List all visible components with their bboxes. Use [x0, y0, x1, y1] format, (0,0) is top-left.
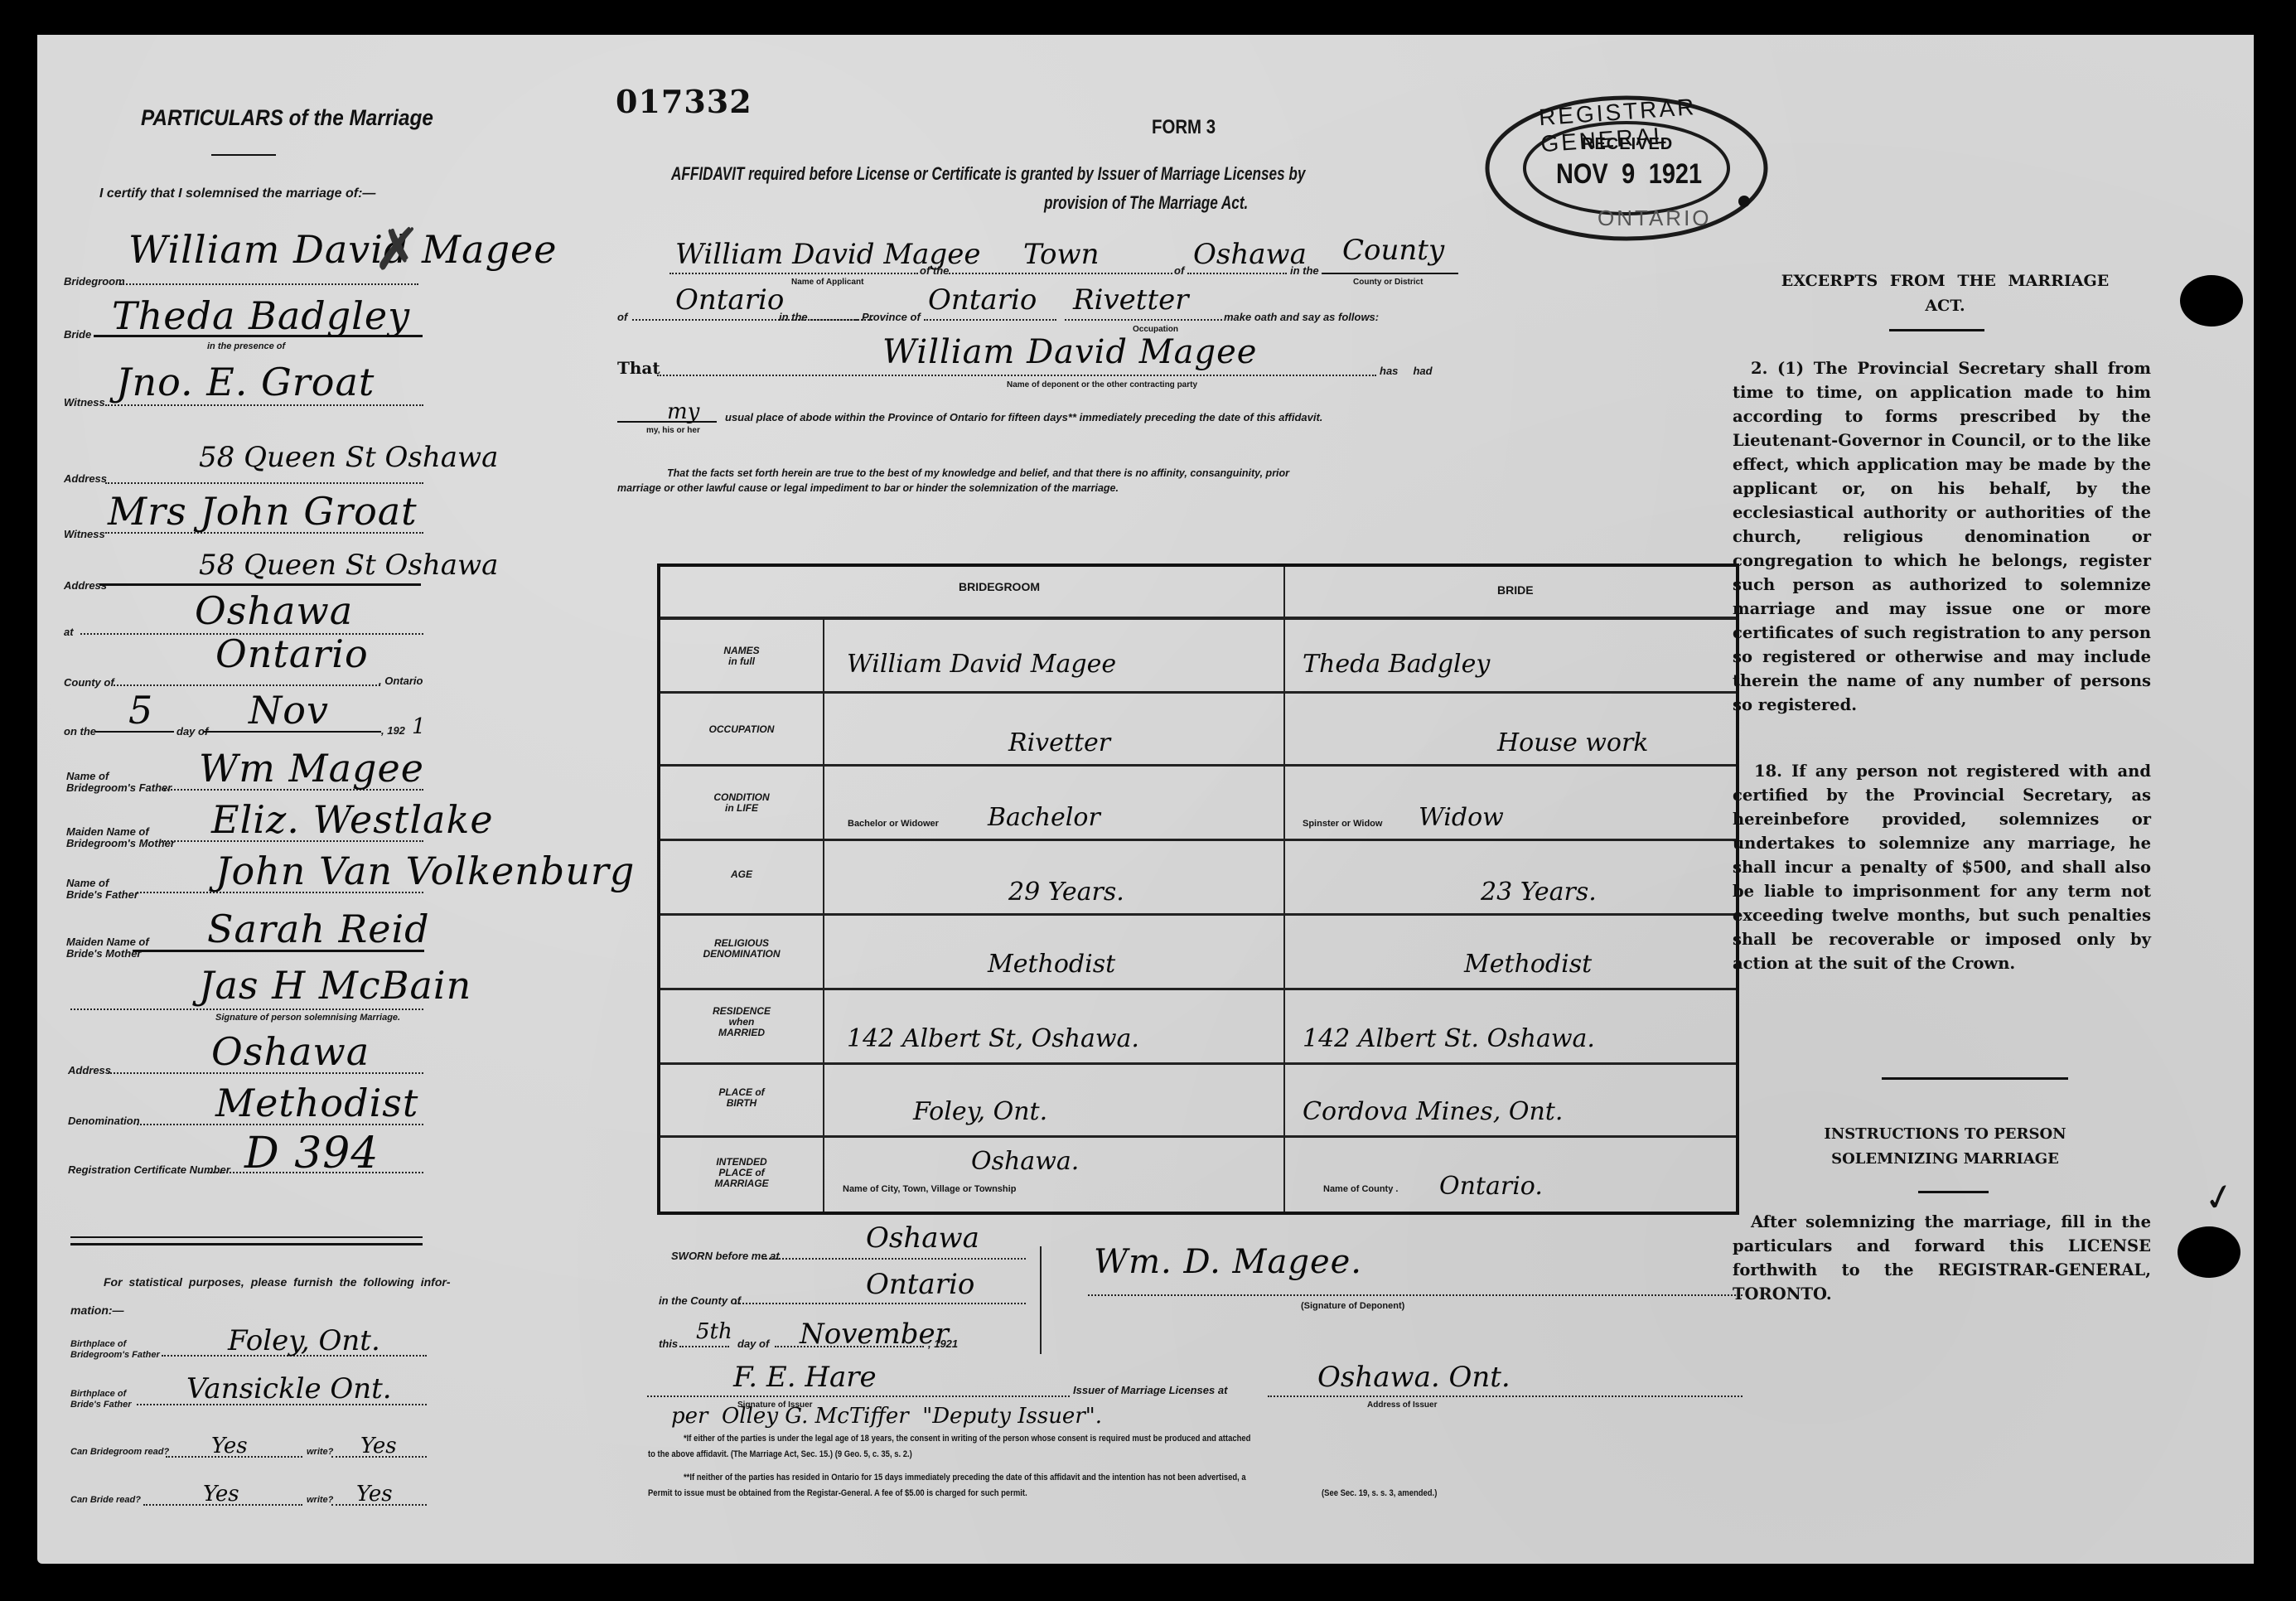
sworn-bracket	[1040, 1246, 1042, 1354]
sworn-at-value: Oshawa	[866, 1221, 979, 1255]
address1-value: 58 Queen St Oshawa	[199, 441, 498, 474]
bride-intended-county-cell: Ontario.	[1439, 1172, 1543, 1201]
witness1-label: Witness	[64, 396, 105, 409]
excerpts-title: EXCERPTS FROM THE MARRIAGEACT.	[1740, 268, 2150, 318]
sworn-county-label: in the County of	[659, 1294, 741, 1307]
row-divider	[660, 1062, 1736, 1065]
address1-line	[105, 482, 423, 484]
row-label-residence: RESIDENCEwhenMARRIED	[660, 1006, 823, 1038]
groom-mother-value: Eliz. Westlake	[211, 797, 494, 842]
excerpt-section-18: 18. If any person not registered with an…	[1733, 759, 2151, 975]
instructions-divider-top	[1882, 1077, 2068, 1080]
affidavit-title-line2: provision of The Marriage Act.	[1044, 192, 1248, 214]
row-label-religion: RELIGIOUSDENOMINATION	[660, 938, 823, 960]
footnote2-line2: Permit to issue must be obtained from th…	[648, 1488, 1027, 1498]
bride-value: Theda Badgley	[112, 293, 410, 338]
bride-write-label: write?	[307, 1495, 333, 1505]
sworn-day-line	[679, 1346, 729, 1347]
bride-father-birthplace-value: Vansickle Ont.	[186, 1372, 392, 1405]
stamp-date: NOV 9 1921	[1556, 158, 1702, 191]
footnote2-line1: **If neither of the parties has resided …	[684, 1473, 1246, 1482]
witness1-line	[105, 404, 423, 406]
applicant-line	[669, 273, 918, 274]
row-label-age: AGE	[660, 869, 823, 880]
sworn-day-value: 5th	[696, 1319, 732, 1344]
excerpt-section-2: 2. (1) The Provincial Secretary shall fr…	[1733, 356, 2151, 717]
groom-condition-cell: Bachelor	[988, 803, 1100, 832]
groom-father-value: Wm Magee	[199, 746, 424, 791]
oath-text: make oath and say as follows:	[1224, 311, 1379, 323]
sworn-at-line	[762, 1258, 1026, 1260]
form-number: FORM 3	[1152, 116, 1216, 139]
province-line	[924, 319, 1056, 321]
groom-father-birthplace-label: Birthplace ofBridegroom's Father	[70, 1339, 160, 1361]
issuer-address-line	[1268, 1395, 1743, 1397]
sworn-county-line	[735, 1303, 1026, 1304]
groom-religion-cell: Methodist	[988, 950, 1115, 979]
row-divider	[660, 691, 1736, 694]
year-suffix: 1	[412, 714, 426, 739]
groom-birthplace-cell: Foley, Ont.	[913, 1097, 1047, 1126]
row-label-intended-place: INTENDEDPLACE ofMARRIAGE	[660, 1157, 823, 1189]
county-type-line	[1322, 273, 1458, 274]
at-label: at	[64, 626, 74, 638]
bride-father-birthplace-label: Birthplace ofBride's Father	[70, 1389, 132, 1410]
check-mark-icon: ✓	[2200, 1174, 2239, 1222]
bride-age-cell: 23 Years.	[1481, 878, 1597, 907]
particulars-table: BRIDEGROOM BRIDE NAMESin full William Da…	[657, 563, 1739, 1215]
bridegroom-value: William David Magee	[128, 227, 557, 272]
occupation-value: Rivetter	[1073, 283, 1189, 317]
abode-text: usual place of abode within the Province…	[725, 411, 1322, 423]
deponent-signature: Wm. D. Magee.	[1094, 1243, 1362, 1281]
at-value: Oshawa	[195, 588, 353, 633]
witness2-value: Mrs John Groat	[108, 489, 418, 534]
sworn-this-label: this	[659, 1337, 678, 1350]
groom-father-birthplace-value: Foley, Ont.	[228, 1324, 380, 1357]
affidavit-title-line1: AFFIDAVIT required before License or Cer…	[671, 163, 1305, 185]
footnote1-line2: to the above affidavit. (The Marriage Ac…	[648, 1449, 912, 1459]
groom-intended-place-cell: Oshawa.	[971, 1147, 1079, 1176]
row-divider	[660, 1135, 1736, 1138]
registration-number-value: D 394	[244, 1129, 379, 1178]
witness1-value: Jno. E. Groat	[116, 360, 375, 404]
punch-hole-bottom-icon	[2178, 1226, 2240, 1278]
statistical-intro-line2: mation:—	[70, 1304, 124, 1317]
address2-value: 58 Queen St Oshawa	[199, 549, 498, 582]
officiant-signature-line	[70, 1008, 423, 1010]
marriage-license-document: PARTICULARS of the Marriage 017332 I cer…	[37, 35, 2254, 1564]
sworn-year: , 1921	[928, 1337, 958, 1350]
groom-residence-cell: 142 Albert St, Oshawa.	[847, 1024, 1139, 1053]
particulars-title: PARTICULARS of the Marriage	[141, 105, 433, 131]
province-label: Province of	[862, 311, 921, 323]
title-divider	[211, 154, 276, 156]
county-suffix: , Ontario	[379, 675, 423, 687]
occupation-line	[1065, 319, 1222, 321]
registrar-received-stamp: REGISTRAR GENERAL RECEIVED NOV 9 1921 ON…	[1477, 89, 1784, 255]
bride-residence-cell: 142 Albert St. Oshawa.	[1303, 1024, 1595, 1053]
officiant-signature-value: Jas H McBain	[199, 963, 471, 1008]
bride-mother-label: Maiden Name ofBride's Mother	[66, 936, 149, 960]
deponent-value: William David Magee	[882, 333, 1257, 371]
instructions-title: INSTRUCTIONS TO PERSONSOLEMNIZING MARRIA…	[1740, 1122, 2150, 1172]
of2-label: of	[617, 311, 627, 323]
intended-city-caption: Name of City, Town, Village or Township	[843, 1184, 1016, 1194]
officiant-signature-label: Signature of person solemnising Marriage…	[215, 1013, 400, 1023]
section-divider-top	[70, 1236, 423, 1238]
year-prefix: , 192	[381, 724, 405, 737]
row-divider	[660, 913, 1736, 916]
that-label: That	[617, 358, 660, 378]
bridegroom-line	[120, 283, 418, 285]
section-divider-bottom	[70, 1243, 423, 1245]
applicant-label: Name of Applicant	[791, 278, 863, 287]
county-type-label: County or District	[1353, 278, 1423, 287]
row-divider	[660, 839, 1736, 841]
denomination-label: Denomination	[68, 1115, 140, 1127]
footnote1-line1: *If either of the parties is under the l…	[684, 1434, 1250, 1444]
groom-read-value: Yes	[211, 1434, 248, 1458]
bride-condition-cell: Widow	[1419, 803, 1504, 832]
pronoun-label: my, his or her	[646, 426, 700, 435]
issuer-label: Issuer of Marriage Licenses at	[1073, 1384, 1227, 1396]
stamp-bottom-text: ONTARIO	[1598, 206, 1712, 231]
registration-number-label: Registration Certificate Number	[68, 1163, 230, 1176]
bride-read-label: Can Bride read?	[70, 1495, 141, 1505]
bride-birthplace-cell: Cordova Mines, Ont.	[1303, 1097, 1563, 1126]
deponent-line	[657, 375, 1376, 376]
bride-condition-prefix: Spinster or Widow	[1303, 819, 1382, 829]
instructions-divider-bottom	[1918, 1191, 1989, 1193]
instructions-text: After solemnizing the marriage, fill in …	[1733, 1210, 2151, 1306]
groom-name-cell: William David Magee	[847, 650, 1116, 679]
row-divider	[660, 988, 1736, 990]
witness2-label: Witness	[64, 528, 105, 540]
officiant-address-label: Address	[68, 1064, 111, 1076]
bride-mother-value: Sarah Reid	[207, 907, 430, 951]
deponent-label: Name of deponent or the other contractin…	[1007, 380, 1197, 389]
row-label-occupation: OCCUPATION	[660, 724, 823, 735]
county-label: County of	[64, 676, 114, 689]
bride-religion-cell: Methodist	[1464, 950, 1592, 979]
province-value: Ontario	[928, 283, 1037, 317]
facts-line1: That the facts set forth herein are true…	[667, 467, 1289, 479]
month-value: Nov	[249, 688, 329, 733]
footnote2-ref: (See Sec. 19, s. s. 3, amended.)	[1322, 1488, 1437, 1498]
bride-occupation-cell: House work	[1497, 728, 1649, 757]
deputy-issuer-signature: per Olley G. McTiffer "Deputy Issuer".	[671, 1404, 1102, 1429]
table-center-divider	[1283, 567, 1285, 1212]
serial-number: 017332	[616, 83, 752, 120]
certify-text: I certify that I solemnised the marriage…	[99, 186, 375, 201]
in-the2-label: in the	[779, 311, 808, 323]
bride-father-label: Name ofBride's Father	[66, 878, 138, 901]
county-type-value: County	[1342, 234, 1444, 267]
day-value: 5	[128, 688, 153, 733]
groom-write-label: write?	[307, 1447, 333, 1457]
statistical-intro-line1: For statistical purposes, please furnish…	[104, 1275, 451, 1289]
address1-label: Address	[64, 472, 107, 485]
excerpts-divider	[1889, 329, 1984, 331]
county-name-value: Ontario	[675, 283, 784, 317]
bride-read-value: Yes	[203, 1482, 239, 1507]
stamp-received-label: RECEIVED	[1582, 135, 1673, 154]
groom-father-label: Name ofBridegroom's Father	[66, 771, 172, 794]
row-label-birthplace: PLACE ofBIRTH	[660, 1087, 823, 1109]
date-on-label: on the	[64, 725, 96, 738]
intended-county-caption: Name of County .	[1323, 1184, 1398, 1194]
bride-father-value: John Van Volkenburg	[215, 849, 635, 893]
table-header-bridegroom: BRIDEGROOM	[959, 580, 1040, 593]
row-divider	[660, 764, 1736, 767]
issuer-address: Oshawa. Ont.	[1317, 1361, 1511, 1394]
groom-age-cell: 29 Years.	[1008, 878, 1124, 907]
in-the2-line	[808, 319, 858, 321]
groom-write-value: Yes	[360, 1434, 397, 1458]
deponent-signature-caption: (Signature of Deponent)	[1301, 1301, 1404, 1311]
county-value: Ontario	[215, 631, 369, 676]
municipality-line	[1187, 273, 1287, 274]
county-line	[114, 684, 380, 686]
of-label: of	[1174, 264, 1184, 277]
bride-write-value: Yes	[356, 1482, 393, 1507]
address2-line	[99, 583, 421, 586]
sworn-dayof-label: day of	[737, 1337, 769, 1350]
cross-mark-icon: ✗	[373, 215, 422, 283]
groom-read-label: Can Bridegroom read?	[70, 1447, 169, 1457]
bridegroom-label: Bridegroom	[64, 275, 125, 288]
punch-hole-top-icon	[2180, 275, 2243, 326]
presence-label: in the presence of	[207, 341, 285, 351]
table-header-bride: BRIDE	[1497, 583, 1534, 597]
denomination-value: Methodist	[215, 1081, 418, 1125]
row-label-names: NAMESin full	[660, 646, 823, 667]
of-the-label: of the	[920, 264, 949, 277]
issuer-address-caption: Address of Issuer	[1367, 1400, 1437, 1410]
issuer-signature-line	[647, 1395, 1070, 1397]
groom-occupation-cell: Rivetter	[1008, 728, 1110, 757]
groom-condition-prefix: Bachelor or Widower	[848, 819, 939, 829]
sworn-county-value: Ontario	[866, 1268, 974, 1301]
deponent-signature-line	[1088, 1294, 1743, 1296]
municipality-type-value: Town	[1023, 238, 1100, 271]
bride-label: Bride	[64, 328, 91, 341]
bride-name-cell: Theda Badgley	[1303, 650, 1490, 679]
sworn-at-label: SWORN before me at	[671, 1250, 780, 1262]
pronoun-value: my	[667, 399, 699, 424]
groom-mother-label: Maiden Name ofBridegroom's Mother	[66, 826, 175, 849]
table-header-rule	[660, 617, 1736, 620]
row-label-condition: CONDITIONin LIFE	[660, 792, 823, 814]
issuer-signature: F. E. Hare	[733, 1361, 877, 1394]
municipality-type-line	[949, 273, 1172, 274]
facts-line2: marriage or other lawful cause or legal …	[617, 482, 1119, 494]
has-had-label: has had	[1380, 365, 1433, 377]
sworn-month-value: November	[800, 1318, 949, 1351]
officiant-address-value: Oshawa	[211, 1029, 370, 1074]
in-the-label: in the	[1290, 264, 1319, 277]
